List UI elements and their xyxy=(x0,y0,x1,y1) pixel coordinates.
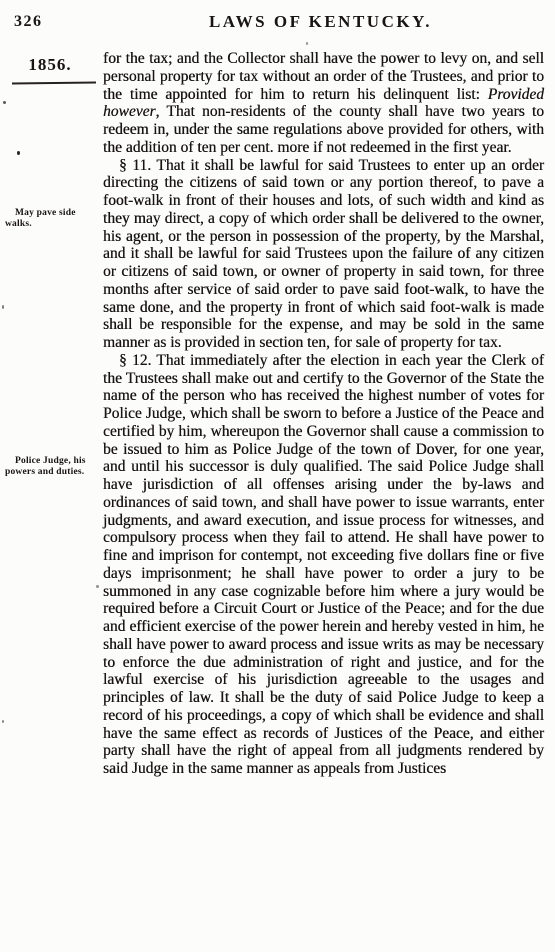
scan-speck xyxy=(2,720,4,723)
scan-speck xyxy=(306,42,308,45)
scan-speck xyxy=(96,585,99,588)
scan-speck xyxy=(17,151,20,155)
year-label: 1856. xyxy=(0,55,100,75)
body-paragraph-continuation: for the tax; and the Collector shall hav… xyxy=(103,50,544,157)
page-header-title: LAWS OF KENTUCKY. xyxy=(100,12,541,32)
margin-note-police-judge: Police Judge, his powers and duties. xyxy=(5,456,98,478)
body-text-column: for the tax; and the Collector shall hav… xyxy=(103,50,544,778)
paragraph-text-post: , That non-residents of the county shall… xyxy=(103,103,544,156)
year-rule-divider xyxy=(12,82,96,85)
body-paragraph-section-12: § 12. That immediately after the electio… xyxy=(103,352,544,778)
scanned-book-page: 326 LAWS OF KENTUCKY. 1856. May pave sid… xyxy=(0,0,555,952)
scan-speck xyxy=(2,305,4,309)
page-number: 326 xyxy=(14,13,43,31)
paragraph-text-pre: for the tax; and the Collector shall hav… xyxy=(103,50,544,103)
body-paragraph-section-11: § 11. That it shall be lawful for said T… xyxy=(103,157,544,352)
scan-speck xyxy=(3,101,6,104)
margin-note-pave-sidewalks: May pave side walks. xyxy=(5,208,95,230)
